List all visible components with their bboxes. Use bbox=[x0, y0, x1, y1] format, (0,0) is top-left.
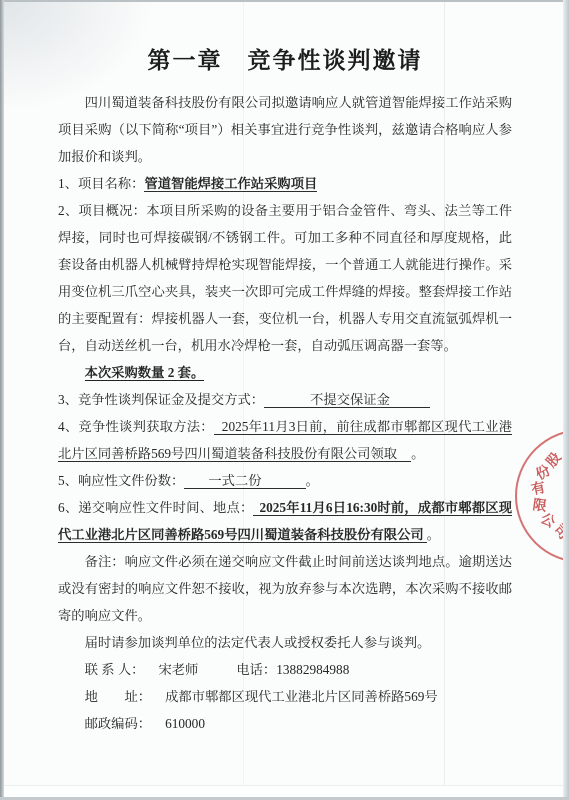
address-row: 地 址：成都市郫都区现代工业港北片区同善桥路569号 bbox=[58, 683, 512, 710]
item-4-suffix: 。 bbox=[411, 446, 424, 461]
postal-code-row: 邮政编码：610000 bbox=[58, 710, 512, 737]
item-project-name: 1、项目名称：管道智能焊接工作站采购项目 bbox=[58, 170, 512, 197]
seal-char: 股 bbox=[544, 450, 565, 471]
item-4-label: 4、竞争性谈判获取方法： bbox=[58, 419, 214, 434]
item-obtain-method: 4、竞争性谈判获取方法：2025年11月3日前，前往成都市郫都区现代工业港北片区… bbox=[58, 413, 512, 467]
purchase-quantity-note: 本次采购数量 2 套。 bbox=[58, 359, 512, 386]
postal-label: 邮政编码： bbox=[85, 716, 151, 731]
scanned-page: 第一章 竞争性谈判邀请 四川蜀道装备科技股份有限公司拟邀请响应人就管道智能焊接工… bbox=[0, 0, 569, 800]
item-copies: 5、响应性文件份数：一式二份。 bbox=[58, 467, 512, 494]
seal-char: 限 bbox=[531, 498, 548, 515]
item-5-label: 5、响应性文件份数： bbox=[58, 473, 184, 488]
attend-note: 届时请参加谈判单位的法定代表人或授权委托人参与谈判。 bbox=[58, 629, 512, 656]
remark-label: 备注： bbox=[85, 554, 125, 569]
seal-char: 有 bbox=[530, 481, 548, 499]
contact-person-name: 宋老师 bbox=[158, 662, 198, 677]
address-label: 地 址： bbox=[85, 689, 151, 704]
document-body: 第一章 竞争性谈判邀请 四川蜀道装备科技股份有限公司拟邀请响应人就管道智能焊接工… bbox=[58, 0, 512, 737]
intro-paragraph: 四川蜀道装备科技股份有限公司拟邀请响应人就管道智能焊接工作站采购项目采购（以下简… bbox=[58, 89, 512, 170]
scan-edge-right bbox=[563, 0, 569, 800]
item-deposit: 3、竞争性谈判保证金及提交方式：不提交保证金 bbox=[58, 386, 512, 413]
item-3-label: 3、竞争性谈判保证金及提交方式： bbox=[58, 392, 264, 407]
item-1-label: 1、项目名称： bbox=[58, 176, 144, 191]
remark-text: 响应文件必须在递交响应文件截止时间前送达谈判地点。逾期送达或没有密封的响应文件恕… bbox=[58, 554, 512, 623]
item-6-label: 6、递交响应性文件时间、地点： bbox=[58, 500, 253, 515]
item-6-suffix: 。 bbox=[427, 527, 440, 542]
phone-label: 电话： bbox=[236, 662, 276, 677]
purchase-quantity-text: 本次采购数量 2 套。 bbox=[85, 365, 205, 381]
seal-char: 份 bbox=[533, 463, 553, 483]
scan-bottom-strip bbox=[4, 785, 563, 797]
scan-edge-top bbox=[0, 0, 569, 2]
project-name-value: 管道智能焊接工作站采购项目 bbox=[144, 176, 317, 192]
deposit-value: 不提交保证金 bbox=[264, 392, 430, 408]
contact-person-label: 联 系 人： bbox=[85, 662, 145, 677]
item-5-suffix: 。 bbox=[306, 473, 319, 488]
seal-char: 公 bbox=[537, 511, 557, 531]
item-submission: 6、递交响应性文件时间、地点：2025年11月6日16:30时前，成都市郫都区现… bbox=[58, 494, 512, 548]
page-title: 第一章 竞争性谈判邀请 bbox=[58, 44, 512, 77]
contact-person-row: 联 系 人：宋老师电话：13882984988 bbox=[58, 656, 512, 683]
seal-ring bbox=[515, 429, 569, 563]
address-value: 成都市郫都区现代工业港北片区同善桥路569号 bbox=[165, 689, 438, 704]
scan-edge-left bbox=[0, 0, 4, 800]
postal-value: 610000 bbox=[165, 716, 205, 731]
copies-value: 一式二份 bbox=[184, 473, 305, 489]
item-project-overview: 2、项目概况：本项目所采购的设备主要用于铝合金管件、弯头、法兰等工件焊接，同时也… bbox=[58, 197, 512, 359]
remark-paragraph: 备注：响应文件必须在递交响应文件截止时间前送达谈判地点。逾期送达或没有密封的响应… bbox=[58, 548, 512, 629]
phone-number: 13882984988 bbox=[276, 662, 349, 677]
